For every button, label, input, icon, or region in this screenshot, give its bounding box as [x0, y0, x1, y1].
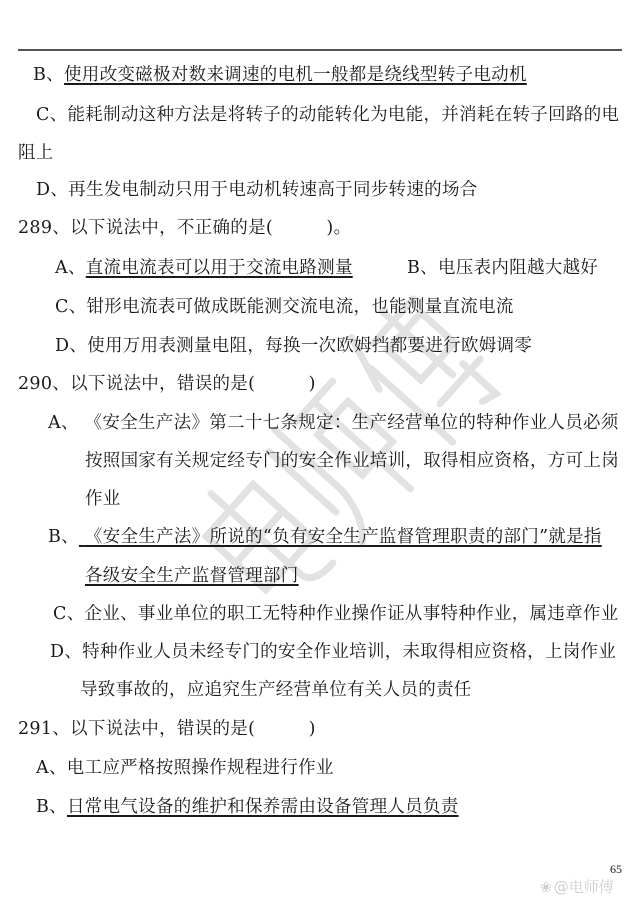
option-text-answer: 日常电气设备的维护和保养需由设备管理人员负责: [67, 797, 459, 817]
source-credit: ❀@电师傅: [540, 876, 614, 897]
option-prefix: B、: [33, 65, 64, 85]
option-text-answer: 使用改变磁极对数来调速的电机一般都是绕线型转子电动机: [64, 65, 527, 85]
paw-icon: ❀: [540, 880, 552, 896]
option-c-prev: C、能耗制动这种方法是将转子的动能转化为电能，并消耗在转子回路的电: [36, 104, 619, 126]
question-number: 291、: [18, 719, 70, 739]
option-text: 作业: [85, 489, 121, 509]
question-number: 289、: [18, 218, 70, 238]
option-prefix: A、: [55, 258, 86, 278]
q290-option-b: B、 《安全生产法》所说的“负有安全生产监督管理职责的部门”就是指: [48, 526, 602, 548]
option-text: 导致事故的，应追究生产经营单位有关人员的责任: [80, 680, 472, 700]
option-text: 钳形电流表可做成既能测交流电流，也能测量直流电流: [87, 297, 514, 317]
q289-option-b: B、电压表内阻越大越好: [407, 257, 598, 279]
q290-option-d-cont: 导致事故的，应追究生产经营单位有关人员的责任: [80, 679, 472, 701]
option-c-prev-cont: 阻上: [18, 142, 54, 164]
option-text-answer: 《安全生产法》所说的“负有安全生产监督管理职责的部门”就是指: [79, 527, 602, 547]
option-prefix: D、: [50, 642, 82, 662]
option-b-prev: B、使用改变磁极对数来调速的电机一般都是绕线型转子电动机: [33, 64, 527, 86]
option-d-prev: D、再生发电制动只用于电动机转速高于同步转速的场合: [36, 179, 478, 201]
q290-option-d: D、特种作业人员未经专门的安全作业培训，未取得相应资格，上岗作业: [50, 641, 616, 663]
q291-option-a: A、电工应严格按照操作规程进行作业: [36, 757, 334, 779]
q289-option-d: D、使用万用表测量电阻，每换一次欧姆挡都要进行欧姆调零: [55, 335, 532, 357]
option-text: 按照国家有关规定经专门的安全作业培训，取得相应资格，方可上岗: [85, 451, 619, 471]
option-text: 特种作业人员未经专门的安全作业培训，未取得相应资格，上岗作业: [82, 642, 616, 662]
credit-text: @电师傅: [554, 878, 614, 896]
option-prefix: A、: [36, 758, 67, 778]
option-text-answer: 各级安全生产监督管理部门: [85, 566, 299, 586]
option-prefix: C、: [36, 105, 68, 125]
option-prefix: C、: [53, 604, 85, 624]
option-text: 再生发电制动只用于电动机转速高于同步转速的场合: [68, 180, 477, 200]
q289-option-a: A、直流电流表可以用于交流电路测量: [55, 257, 353, 279]
question-291-stem: 291、以下说法中，错误的是( ): [18, 718, 316, 740]
option-text: 《安全生产法》第二十七条规定：生产经营单位的特种作业人员必须: [85, 413, 619, 433]
q290-option-b-cont: 各级安全生产监督管理部门: [85, 565, 299, 587]
option-text: 电工应严格按照操作规程进行作业: [67, 758, 334, 778]
option-prefix: B、: [407, 258, 438, 278]
option-prefix: B、: [36, 797, 67, 817]
q290-option-a-cont1: 按照国家有关规定经专门的安全作业培训，取得相应资格，方可上岗: [85, 450, 619, 472]
option-text-answer: 直流电流表可以用于交流电路测量: [86, 258, 353, 278]
option-text: 阻上: [18, 143, 54, 163]
q290-option-c: C、企业、事业单位的职工无特种作业操作证从事特种作业，属违章作业: [53, 603, 619, 625]
option-prefix: B、: [48, 527, 79, 547]
question-290-stem: 290、以下说法中，错误的是( ): [18, 373, 316, 395]
option-text: 能耗制动这种方法是将转子的动能转化为电能，并消耗在转子回路的电: [68, 105, 620, 125]
question-stem: 以下说法中，错误的是( ): [70, 719, 316, 739]
option-prefix: C、: [55, 297, 87, 317]
question-stem: 以下说法中，不正确的是( )。: [70, 218, 351, 238]
q290-option-a: A、 《安全生产法》第二十七条规定：生产经营单位的特种作业人员必须: [48, 412, 619, 434]
header-rule: [18, 49, 622, 51]
q291-option-b: B、日常电气设备的维护和保养需由设备管理人员负责: [36, 796, 459, 818]
option-prefix: D、: [55, 336, 87, 356]
question-289-stem: 289、以下说法中，不正确的是( )。: [18, 217, 351, 239]
page-number: 65: [610, 862, 622, 877]
option-text: 电压表内阻越大越好: [438, 258, 598, 278]
option-prefix: A、: [48, 413, 79, 433]
option-text: 使用万用表测量电阻，每换一次欧姆挡都要进行欧姆调零: [87, 336, 532, 356]
option-text: 企业、事业单位的职工无特种作业操作证从事特种作业，属违章作业: [85, 604, 619, 624]
option-prefix: D、: [36, 180, 68, 200]
question-stem: 以下说法中，错误的是( ): [70, 374, 316, 394]
question-number: 290、: [18, 374, 70, 394]
q289-option-c: C、钳形电流表可做成既能测交流电流，也能测量直流电流: [55, 296, 514, 318]
q290-option-a-cont2: 作业: [85, 488, 121, 510]
